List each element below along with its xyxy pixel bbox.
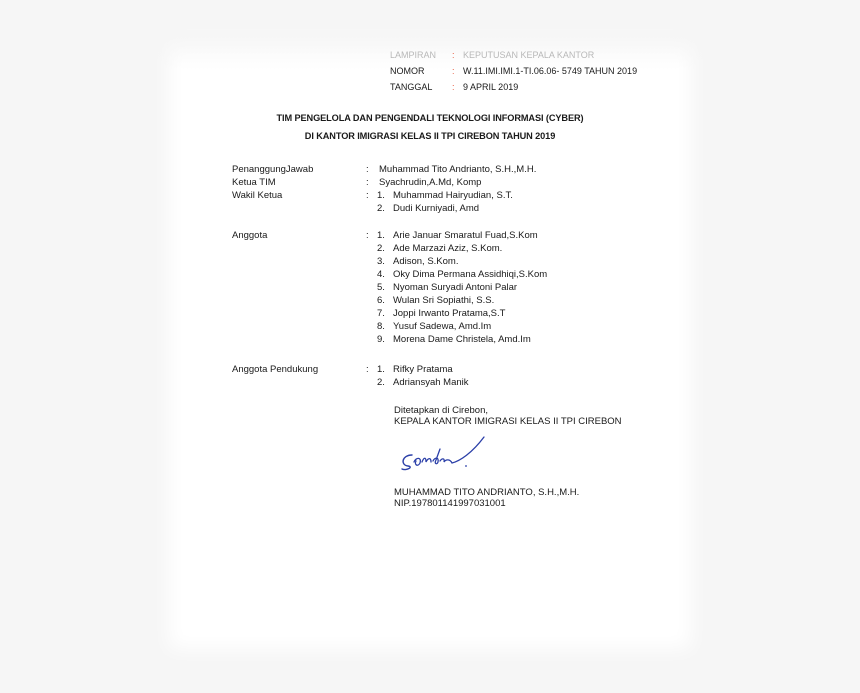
role-colon: : bbox=[366, 177, 369, 188]
role-anggota: Anggota : 1. Arie Januar Smaratul Fuad,S… bbox=[232, 230, 652, 242]
member-name: Adison, S.Kom. bbox=[393, 256, 458, 267]
role-label: Wakil Ketua bbox=[232, 190, 282, 201]
list-item: 9. Morena Dame Christela, Amd.Im bbox=[232, 334, 652, 346]
member-name: Ade Marzazi Aziz, S.Kom. bbox=[393, 243, 502, 254]
list-item: 6. Wulan Sri Sopiathi, S.S. bbox=[232, 295, 652, 307]
list-number: 5. bbox=[377, 282, 385, 293]
header-row-nomor: NOMOR : W.11.IMI.IMI.1-TI.06.06- 5749 TA… bbox=[390, 66, 650, 78]
list-item: 2. Ade Marzazi Aziz, S.Kom. bbox=[232, 243, 652, 255]
list-number: 1. bbox=[377, 364, 385, 375]
signer-name: MUHAMMAD TITO ANDRIANTO, S.H.,M.H. bbox=[394, 487, 579, 498]
header-row-lampiran: LAMPIRAN : KEPUTUSAN KEPALA KANTOR bbox=[390, 50, 650, 62]
role-label: PenanggungJawab bbox=[232, 164, 313, 175]
member-name: Wulan Sri Sopiathi, S.S. bbox=[393, 295, 494, 306]
role-ketua: Ketua TIM : Syachrudin,A.Md, Komp bbox=[232, 177, 652, 189]
member-name: Muhammad Hairyudian, S.T. bbox=[393, 190, 513, 201]
role-colon: : bbox=[366, 190, 369, 201]
role-label: Ketua TIM bbox=[232, 177, 276, 188]
header-colon: : bbox=[452, 66, 455, 76]
place-of-issue: Ditetapkan di Cirebon, bbox=[394, 405, 488, 416]
header-colon: : bbox=[452, 50, 455, 60]
list-number: 4. bbox=[377, 269, 385, 280]
list-number: 2. bbox=[377, 243, 385, 254]
signer-position: KEPALA KANTOR IMIGRASI KELAS II TPI CIRE… bbox=[394, 416, 622, 427]
list-number: 8. bbox=[377, 321, 385, 332]
member-name: Dudi Kurniyadi, Amd bbox=[393, 203, 479, 214]
list-number: 9. bbox=[377, 334, 385, 345]
list-number: 2. bbox=[377, 203, 385, 214]
header-label: LAMPIRAN bbox=[390, 50, 436, 60]
list-item: 2. Dudi Kurniyadi, Amd bbox=[232, 203, 652, 215]
member-name: Morena Dame Christela, Amd.Im bbox=[393, 334, 531, 345]
role-colon: : bbox=[366, 230, 369, 241]
member-name: Yusuf Sadewa, Amd.Im bbox=[393, 321, 491, 332]
header-colon: : bbox=[452, 82, 455, 92]
list-number: 6. bbox=[377, 295, 385, 306]
role-label: Anggota bbox=[232, 230, 267, 241]
role-wakil-ketua: Wakil Ketua : 1. Muhammad Hairyudian, S.… bbox=[232, 190, 652, 202]
header-value: KEPUTUSAN KEPALA KANTOR bbox=[463, 50, 594, 60]
member-name: Joppi Irwanto Pratama,S.T bbox=[393, 308, 505, 319]
list-number: 3. bbox=[377, 256, 385, 267]
role-label: Anggota Pendukung bbox=[232, 364, 318, 375]
header-row-tanggal: TANGGAL : 9 APRIL 2019 bbox=[390, 82, 650, 94]
list-item: 4. Oky Dima Permana Assidhiqi,S.Kom bbox=[232, 269, 652, 281]
header-value: W.11.IMI.IMI.1-TI.06.06- 5749 TAHUN 2019 bbox=[463, 66, 637, 76]
header-label: NOMOR bbox=[390, 66, 425, 76]
member-name: Oky Dima Permana Assidhiqi,S.Kom bbox=[393, 269, 547, 280]
list-number: 7. bbox=[377, 308, 385, 319]
list-item: 2. Adriansyah Manik bbox=[232, 377, 652, 389]
list-item: 5. Nyoman Suryadi Antoni Palar bbox=[232, 282, 652, 294]
role-value: Syachrudin,A.Md, Komp bbox=[379, 177, 481, 188]
header-value: 9 APRIL 2019 bbox=[463, 82, 518, 92]
role-penanggung-jawab: PenanggungJawab : Muhammad Tito Andriant… bbox=[232, 164, 652, 176]
list-item: 3. Adison, S.Kom. bbox=[232, 256, 652, 268]
list-number: 1. bbox=[377, 190, 385, 201]
member-name: Rifky Pratama bbox=[393, 364, 453, 375]
signer-nip: NIP.197801141997031001 bbox=[394, 498, 506, 509]
header-label: TANGGAL bbox=[390, 82, 432, 92]
document-title-line2: DI KANTOR IMIGRASI KELAS II TPI CIREBON … bbox=[183, 131, 677, 141]
role-colon: : bbox=[366, 164, 369, 175]
handwritten-signature-icon bbox=[398, 435, 488, 477]
list-item: 7. Joppi Irwanto Pratama,S.T bbox=[232, 308, 652, 320]
member-name: Adriansyah Manik bbox=[393, 377, 469, 388]
role-value: Muhammad Tito Andrianto, S.H.,M.H. bbox=[379, 164, 536, 175]
member-name: Arie Januar Smaratul Fuad,S.Kom bbox=[393, 230, 538, 241]
member-name: Nyoman Suryadi Antoni Palar bbox=[393, 282, 517, 293]
role-anggota-pendukung: Anggota Pendukung : 1. Rifky Pratama bbox=[232, 364, 652, 376]
document-title-line1: TIM PENGELOLA DAN PENGENDALI TEKNOLOGI I… bbox=[183, 113, 677, 123]
role-colon: : bbox=[366, 364, 369, 375]
list-number: 2. bbox=[377, 377, 385, 388]
list-item: 8. Yusuf Sadewa, Amd.Im bbox=[232, 321, 652, 333]
list-number: 1. bbox=[377, 230, 385, 241]
